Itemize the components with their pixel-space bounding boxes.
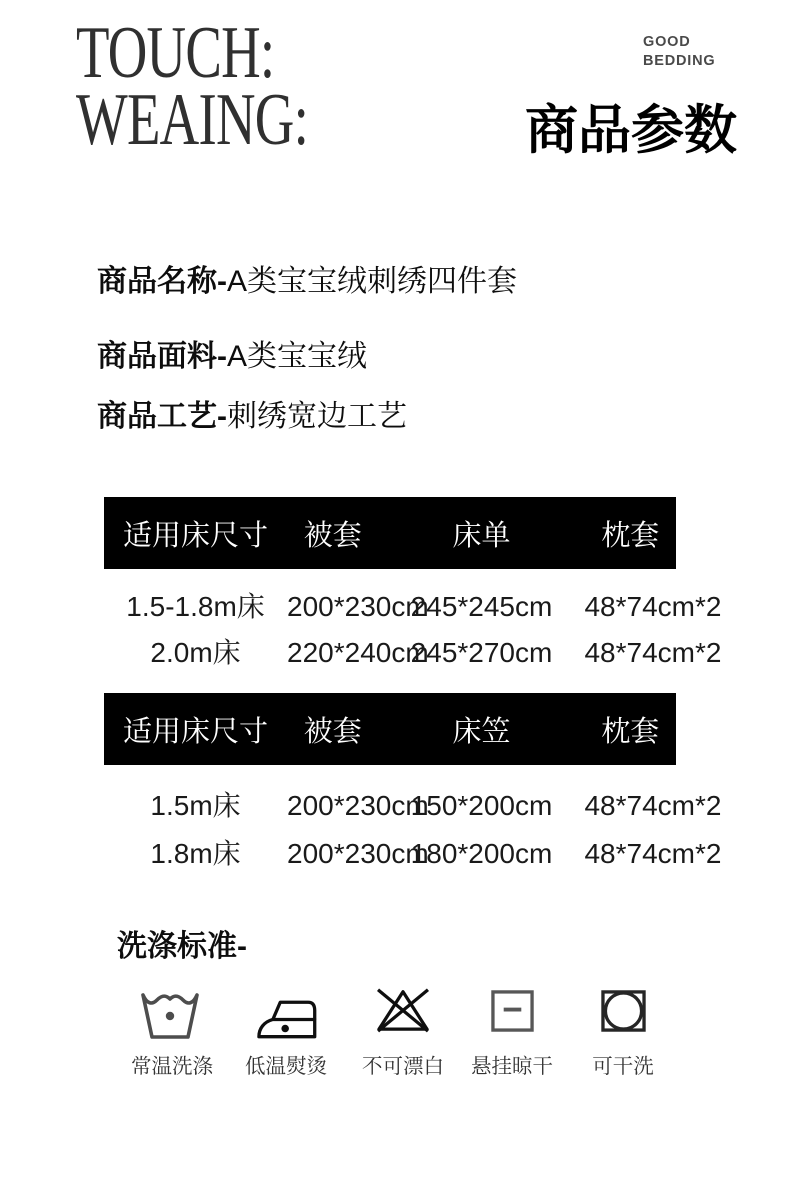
- cell-pillowcase: 48*74cm*2: [584, 587, 676, 627]
- size-table-header: 适用床尺寸 被套 床单 枕套: [104, 497, 676, 569]
- care-section-heading: 洗涤标准-: [117, 921, 247, 965]
- cell-bed-size: 1.8m床: [104, 834, 287, 874]
- size-table-header: 适用床尺寸 被套 床笠 枕套: [104, 693, 676, 765]
- cell-duvet-cover: 200*230cm: [287, 786, 379, 826]
- care-label: 可干洗: [553, 1049, 693, 1079]
- table-row: 1.5m床 200*230cm 150*200cm 48*74cm*2: [104, 786, 676, 826]
- product-name-label: 商品名称-: [97, 265, 227, 298]
- cell-duvet-cover: 220*240cm: [287, 633, 379, 673]
- dry-clean-icon: [553, 985, 693, 1043]
- product-fabric-label: 商品面料-: [97, 340, 227, 373]
- cell-bed-size: 1.5m床: [104, 786, 287, 826]
- column-header-flat-sheet: 床单: [379, 513, 585, 554]
- column-header-bed-size: 适用床尺寸: [104, 709, 287, 750]
- product-craft-line: 商品工艺-刺绣宽边工艺: [97, 399, 407, 435]
- page-title: 商品参数: [525, 88, 737, 164]
- cell-pillowcase: 48*74cm*2: [584, 786, 676, 826]
- column-header-fitted-sheet: 床笠: [379, 709, 585, 750]
- tagline-line-1: GOOD: [643, 33, 715, 52]
- cell-bed-size: 2.0m床: [104, 633, 287, 673]
- column-header-bed-size: 适用床尺寸: [104, 513, 287, 554]
- logo-line-2: WEAING:: [76, 87, 308, 154]
- cell-duvet-cover: 200*230cm: [287, 587, 379, 627]
- table-row: 2.0m床 220*240cm 245*270cm 48*74cm*2: [104, 633, 676, 673]
- column-header-pillowcase: 枕套: [584, 513, 676, 554]
- cell-fitted-sheet: 150*200cm: [379, 786, 585, 826]
- cell-flat-sheet: 245*245cm: [379, 587, 585, 627]
- column-header-pillowcase: 枕套: [584, 709, 676, 750]
- product-fabric-value: A类宝宝绒: [227, 340, 367, 373]
- table-row: 1.8m床 200*230cm 180*200cm 48*74cm*2: [104, 834, 676, 874]
- cell-duvet-cover: 200*230cm: [287, 834, 379, 874]
- care-item-dry-clean: 可干洗: [553, 985, 693, 1079]
- product-craft-label: 商品工艺-: [97, 400, 227, 433]
- brand-logo: TOUCH: WEAING:: [76, 20, 308, 154]
- cell-fitted-sheet: 180*200cm: [379, 834, 585, 874]
- brand-tagline: GOOD BEDDING: [643, 33, 715, 71]
- column-header-duvet-cover: 被套: [287, 513, 379, 554]
- product-name-line: 商品名称-A类宝宝绒刺绣四件套: [97, 264, 517, 300]
- tagline-line-2: BEDDING: [643, 52, 715, 71]
- cell-pillowcase: 48*74cm*2: [584, 834, 676, 874]
- product-name-value: A类宝宝绒刺绣四件套: [227, 265, 517, 298]
- column-header-duvet-cover: 被套: [287, 709, 379, 750]
- product-parameters-page: TOUCH: WEAING: GOOD BEDDING 商品参数 商品名称-A类…: [0, 0, 790, 1187]
- cell-bed-size: 1.5-1.8m床: [104, 587, 287, 627]
- table-row: 1.5-1.8m床 200*230cm 245*245cm 48*74cm*2: [104, 587, 676, 627]
- product-fabric-line: 商品面料-A类宝宝绒: [97, 339, 367, 375]
- product-craft-value: 刺绣宽边工艺: [227, 400, 407, 433]
- cell-pillowcase: 48*74cm*2: [584, 633, 676, 673]
- cell-flat-sheet: 245*270cm: [379, 633, 585, 673]
- logo-line-1: TOUCH:: [76, 20, 308, 87]
